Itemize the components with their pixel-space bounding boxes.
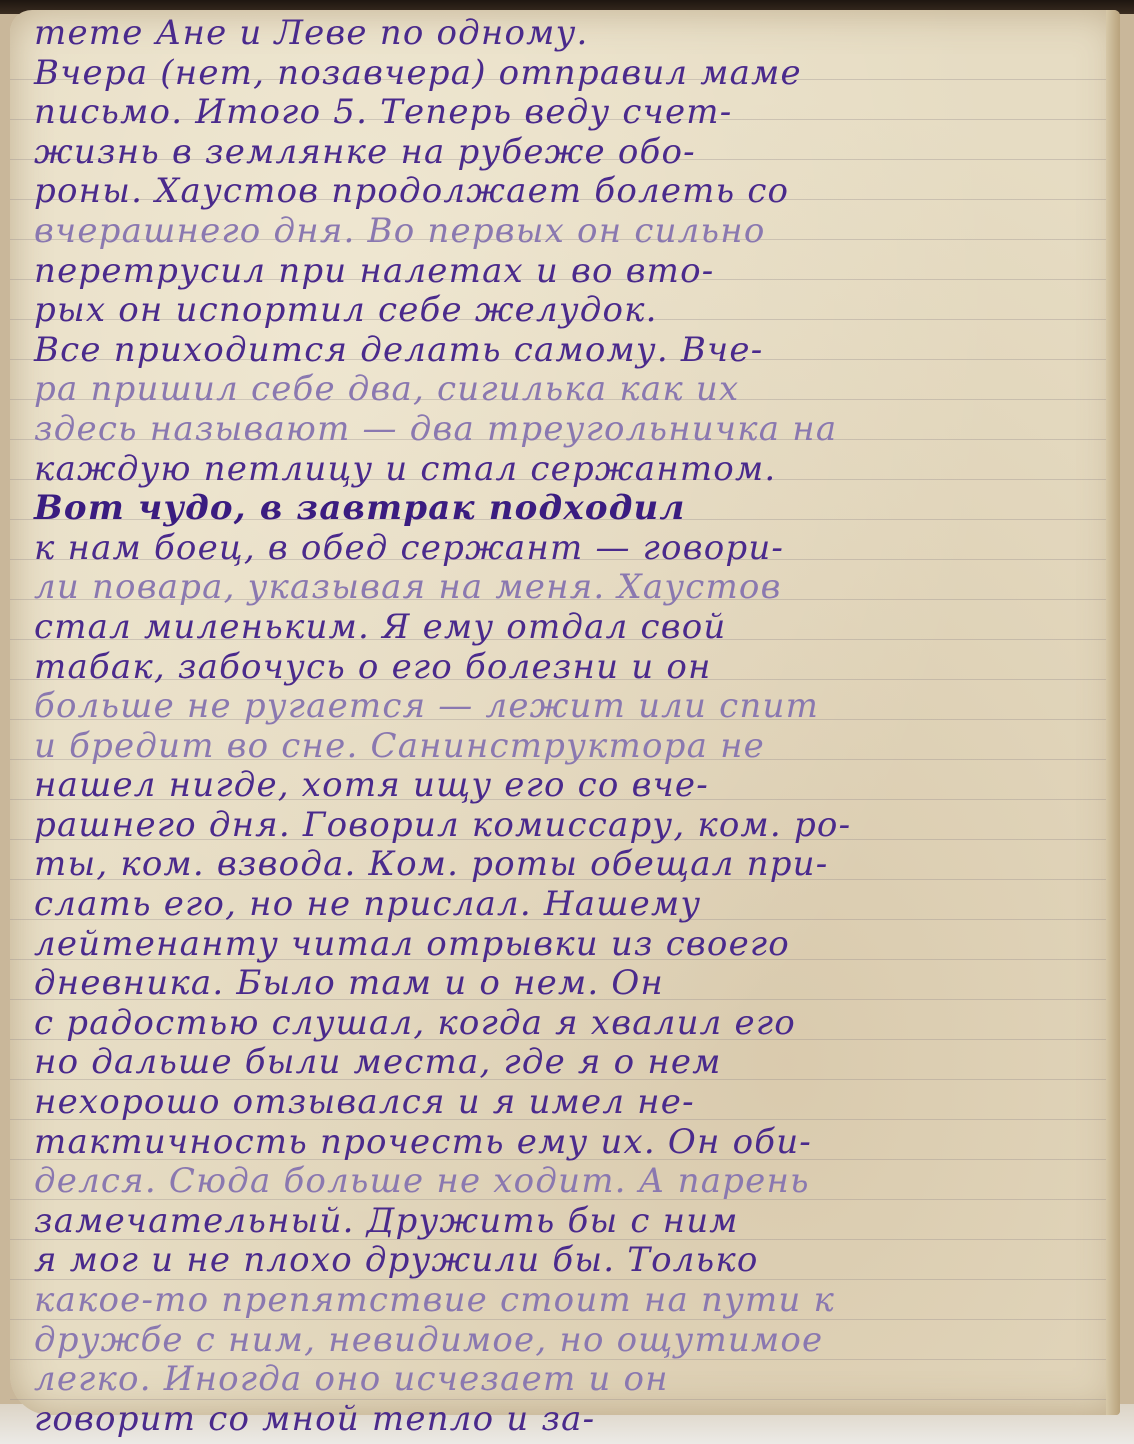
diary-page: тете Ане и Леве по одному. Вчера (нет, п… (10, 10, 1120, 1415)
text-line: но дальше были места, где я о нем (34, 1043, 1104, 1083)
text-line: лейтенанту читал отрывки из своего (34, 925, 1104, 965)
text-line: делся. Сюда больше не ходит. А парень (34, 1162, 1104, 1202)
text-line: слать его, но не прислал. Нашему (34, 885, 1104, 925)
text-line: ра пришил себе два, сигилька как их (34, 370, 1104, 410)
text-line: какое-то препятствие стоит на пути к (34, 1281, 1104, 1321)
page-edge (1106, 10, 1120, 1415)
text-line: нашел нигде, хотя ищу его со вче- (34, 766, 1104, 806)
text-line: с радостью слушал, когда я хвалил его (34, 1004, 1104, 1044)
text-line: вчерашнего дня. Во первых он сильно (34, 212, 1104, 252)
handwritten-text: тете Ане и Леве по одному. Вчера (нет, п… (34, 14, 1104, 1439)
text-line: здесь называют — два треугольничка на (34, 410, 1104, 450)
text-line: я мог и не плохо дружили бы. Только (34, 1241, 1104, 1281)
text-line: тактичность прочесть ему их. Он оби- (34, 1123, 1104, 1163)
text-line: жизнь в землянке на рубеже обо- (34, 133, 1104, 173)
text-line: каждую петлицу и стал сержантом. (34, 450, 1104, 490)
text-line: рых он испортил себе желудок. (34, 291, 1104, 331)
text-line: Вчера (нет, позавчера) отправил маме (34, 54, 1104, 94)
text-line: говорит со мной тепло и за- (34, 1400, 1104, 1440)
text-line: письмо. Итого 5. Теперь веду счет- (34, 93, 1104, 133)
text-line: перетрусил при налетах и во вто- (34, 252, 1104, 292)
text-line: замечательный. Дружить бы с ним (34, 1202, 1104, 1242)
text-line: ты, ком. взвода. Ком. роты обещал при- (34, 845, 1104, 885)
text-line: и бредит во сне. Санинструктора не (34, 727, 1104, 767)
text-line: легко. Иногда оно исчезает и он (34, 1360, 1104, 1400)
text-line: дружбе с ним, невидимое, но ощутимое (34, 1321, 1104, 1361)
scanned-notebook-page: тете Ане и Леве по одному. Вчера (нет, п… (0, 0, 1134, 1444)
text-line: больше не ругается — лежит или спит (34, 687, 1104, 727)
text-line: к нам боец, в обед сержант — говори- (34, 529, 1104, 569)
text-line: ли повара, указывая на меня. Хаустов (34, 568, 1104, 608)
text-line: Все приходится делать самому. Вче- (34, 331, 1104, 371)
text-line: стал миленьким. Я ему отдал свой (34, 608, 1104, 648)
text-line: табак, забочусь о его болезни и он (34, 648, 1104, 688)
text-line: дневника. Было там и о нем. Он (34, 964, 1104, 1004)
text-line: Вот чудо, в завтрак подходил (34, 489, 1104, 529)
text-line: рашнего дня. Говорил комиссару, ком. ро- (34, 806, 1104, 846)
text-line: нехорошо отзывался и я имел не- (34, 1083, 1104, 1123)
text-line: тете Ане и Леве по одному. (34, 14, 1104, 54)
text-line: роны. Хаустов продолжает болеть со (34, 172, 1104, 212)
